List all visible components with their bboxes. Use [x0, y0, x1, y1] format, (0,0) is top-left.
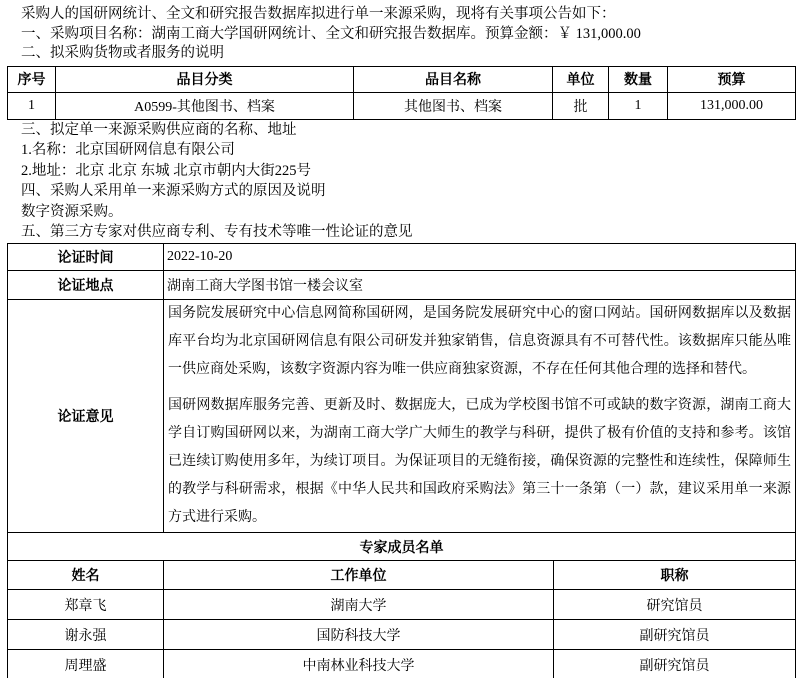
expert-name: 谢永强: [8, 620, 164, 650]
expert-row: 周理盛 中南林业科技大学 副研究馆员: [8, 650, 796, 678]
demonstration-opinion-label: 论证意见: [8, 300, 164, 533]
expert-opinion-heading: 五、第三方专家对供应商专利、专有技术等唯一性论证的意见: [21, 222, 795, 243]
experts-header-row: 姓名 工作单位 职称: [8, 561, 796, 590]
items-row: 1 A0599-其他图书、档案 其他图书、档案 批 1 131,000.00: [8, 92, 796, 119]
item-qty: 1: [609, 92, 668, 119]
expert-org: 湖南大学: [164, 590, 554, 620]
opinion-paragraph-2: 国研网数据库服务完善、更新及时、数据庞大，已成为学校图书馆不可或缺的数字资源，湖…: [168, 392, 791, 532]
supplier-heading: 三、拟定单一来源采购供应商的名称、地址: [21, 120, 795, 141]
items-table: 序号 品目分类 品目名称 单位 数量 预算 1 A0599-其他图书、档案 其他…: [7, 66, 796, 120]
expert-org: 国防科技大学: [164, 620, 554, 650]
supplier-name: 1.名称：北京国研网信息有限公司: [21, 140, 795, 161]
expert-org: 中南林业科技大学: [164, 650, 554, 678]
intro-line-2: 一、采购项目名称：湖南工商大学国研网统计、全文和研究报告数据库。预算金额：￥ 1…: [21, 25, 795, 45]
items-header-name: 品目名称: [354, 66, 553, 92]
experts-title: 专家成员名单: [8, 533, 796, 561]
demonstration-opinion-value: 国务院发展研究中心信息网简称国研网，是国务院发展研究中心的窗口网站。国研网数据库…: [164, 300, 796, 533]
demonstration-table: 论证时间 2022-10-20 论证地点 湖南工商大学图书馆一楼会议室 论证意见…: [7, 243, 796, 678]
demonstration-place-row: 论证地点 湖南工商大学图书馆一楼会议室: [8, 271, 796, 300]
expert-name: 郑章飞: [8, 590, 164, 620]
items-header-category: 品目分类: [56, 66, 354, 92]
items-header-row: 序号 品目分类 品目名称 单位 数量 预算: [8, 66, 796, 92]
intro-line-1: 采购人的国研网统计、全文和研究报告数据库拟进行单一来源采购，现将有关事项公告如下…: [21, 5, 795, 25]
expert-title: 副研究馆员: [554, 650, 796, 678]
demonstration-time-row: 论证时间 2022-10-20: [8, 244, 796, 271]
demonstration-place-label: 论证地点: [8, 271, 164, 300]
item-seq: 1: [8, 92, 56, 119]
demonstration-opinion-row: 论证意见 国务院发展研究中心信息网简称国研网，是国务院发展研究中心的窗口网站。国…: [8, 300, 796, 533]
expert-title: 副研究馆员: [554, 620, 796, 650]
item-name: 其他图书、档案: [354, 92, 553, 119]
items-header-budget: 预算: [668, 66, 796, 92]
experts-header-org: 工作单位: [164, 561, 554, 590]
item-unit: 批: [553, 92, 609, 119]
intro-line-3: 二、拟采购货物或者服务的说明: [21, 44, 795, 64]
demonstration-time-label: 论证时间: [8, 244, 164, 271]
items-header-unit: 单位: [553, 66, 609, 92]
intro-text: 采购人的国研网统计、全文和研究报告数据库拟进行单一来源采购，现将有关事项公告如下…: [7, 5, 795, 64]
expert-row: 谢永强 国防科技大学 副研究馆员: [8, 620, 796, 650]
items-header-seq: 序号: [8, 66, 56, 92]
experts-title-row: 专家成员名单: [8, 533, 796, 561]
reason-heading: 四、采购人采用单一来源采购方式的原因及说明: [21, 181, 795, 202]
item-category: A0599-其他图书、档案: [56, 92, 354, 119]
demonstration-place-value: 湖南工商大学图书馆一楼会议室: [164, 271, 796, 300]
item-budget: 131,000.00: [668, 92, 796, 119]
supplier-address: 2.地址：北京 北京 东城 北京市朝内大街225号: [21, 161, 795, 182]
supplier-section: 三、拟定单一来源采购供应商的名称、地址 1.名称：北京国研网信息有限公司 2.地…: [7, 120, 795, 244]
items-header-qty: 数量: [609, 66, 668, 92]
expert-row: 郑章飞 湖南大学 研究馆员: [8, 590, 796, 620]
expert-title: 研究馆员: [554, 590, 796, 620]
reason-text: 数字资源采购。: [21, 202, 795, 223]
expert-name: 周理盛: [8, 650, 164, 678]
document-page: 采购人的国研网统计、全文和研究报告数据库拟进行单一来源采购，现将有关事项公告如下…: [0, 0, 800, 678]
experts-header-name: 姓名: [8, 561, 164, 590]
experts-header-title: 职称: [554, 561, 796, 590]
opinion-paragraph-1: 国务院发展研究中心信息网简称国研网，是国务院发展研究中心的窗口网站。国研网数据库…: [168, 300, 791, 384]
demonstration-time-value: 2022-10-20: [164, 244, 796, 271]
